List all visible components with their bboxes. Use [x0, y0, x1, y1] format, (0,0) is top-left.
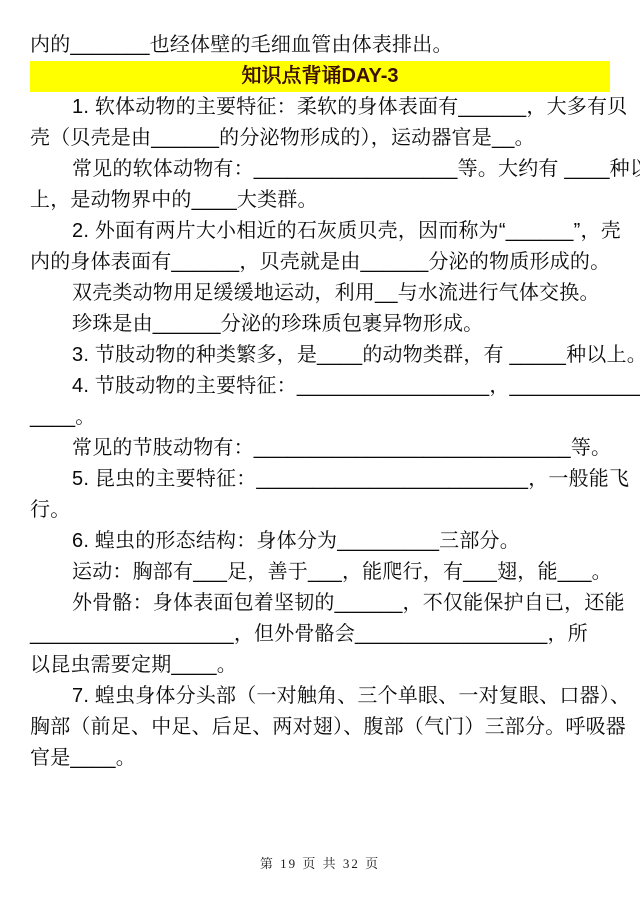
text-line-item3: 3. 节肢动物的种类繁多，是____的动物类群，有 _____种以上。	[30, 340, 610, 371]
text-line-exoskeleton-cont: __________________，但外骨骼会________________…	[30, 619, 610, 650]
text-line-item5: 5. 昆虫的主要特征：________________________，一般能飞	[30, 464, 610, 495]
text-line: 内的_______也经体壁的毛细血管由体表排出。	[30, 30, 610, 61]
text-line-pearl: 珍珠是由______分泌的珍珠质包裹异物形成。	[30, 309, 610, 340]
text-line-item2: 2. 外面有两片大小相近的石灰质贝壳，因而称为“______”，壳	[30, 216, 610, 247]
page-footer: 第 19 页 共 32 页	[0, 853, 640, 872]
text-line-locomotion: 运动：胸部有___足，善于___，能爬行，有___翅，能___。	[30, 557, 610, 588]
section-banner: 知识点背诵DAY-3	[30, 61, 610, 92]
text-line-exoskeleton-cont2: 以昆虫需要定期____。	[30, 650, 610, 681]
worksheet-page: 内的_______也经体壁的毛细血管由体表排出。 知识点背诵DAY-3 1. 软…	[0, 0, 640, 905]
text-line-item5-cont: 行。	[30, 495, 610, 526]
text-line-item7-cont: 胸部（前足、中足、后足、两对翅）、腹部（气门）三部分。呼吸器	[30, 712, 610, 743]
text-line-common-arthropods: 常见的节肢动物有：____________________________等。	[30, 433, 610, 464]
text-line-item7: 7. 蝗虫身体分头部（一对触角、三个单眼、一对复眼、口器）、	[30, 681, 610, 712]
text-line-bivalve: 双壳类动物用足缓缓地运动，利用__与水流进行气体交换。	[30, 278, 610, 309]
text-line-exoskeleton: 外骨骼：身体表面包着坚韧的______，不仅能保护自已，还能	[30, 588, 610, 619]
text-line-item1: 1. 软体动物的主要特征：柔软的身体表面有______，大多有贝	[30, 92, 610, 123]
text-line-common-mollusks: 常见的软体动物有：__________________等。大约有 ____种以	[30, 154, 610, 185]
text-line-item7-cont2: 官是____。	[30, 743, 610, 774]
section-banner-title: 知识点背诵DAY-3	[241, 65, 398, 87]
worksheet-content: 内的_______也经体壁的毛细血管由体表排出。 知识点背诵DAY-3 1. 软…	[0, 0, 640, 774]
text-line-item4: 4. 节肢动物的主要特征：_________________，_________…	[30, 371, 610, 402]
text-line-item4-cont: ____。	[30, 402, 610, 433]
text-line-item6: 6. 蝗虫的形态结构：身体分为_________三部分。	[30, 526, 610, 557]
text-line-item2-cont: 内的身体表面有______，贝壳就是由______分泌的物质形成的。	[30, 247, 610, 278]
text-line-item1-cont: 壳（贝壳是由______的分泌物形成的），运动器官是__。	[30, 123, 610, 154]
text-line-common-mollusks-cont: 上，是动物界中的____大类群。	[30, 185, 610, 216]
